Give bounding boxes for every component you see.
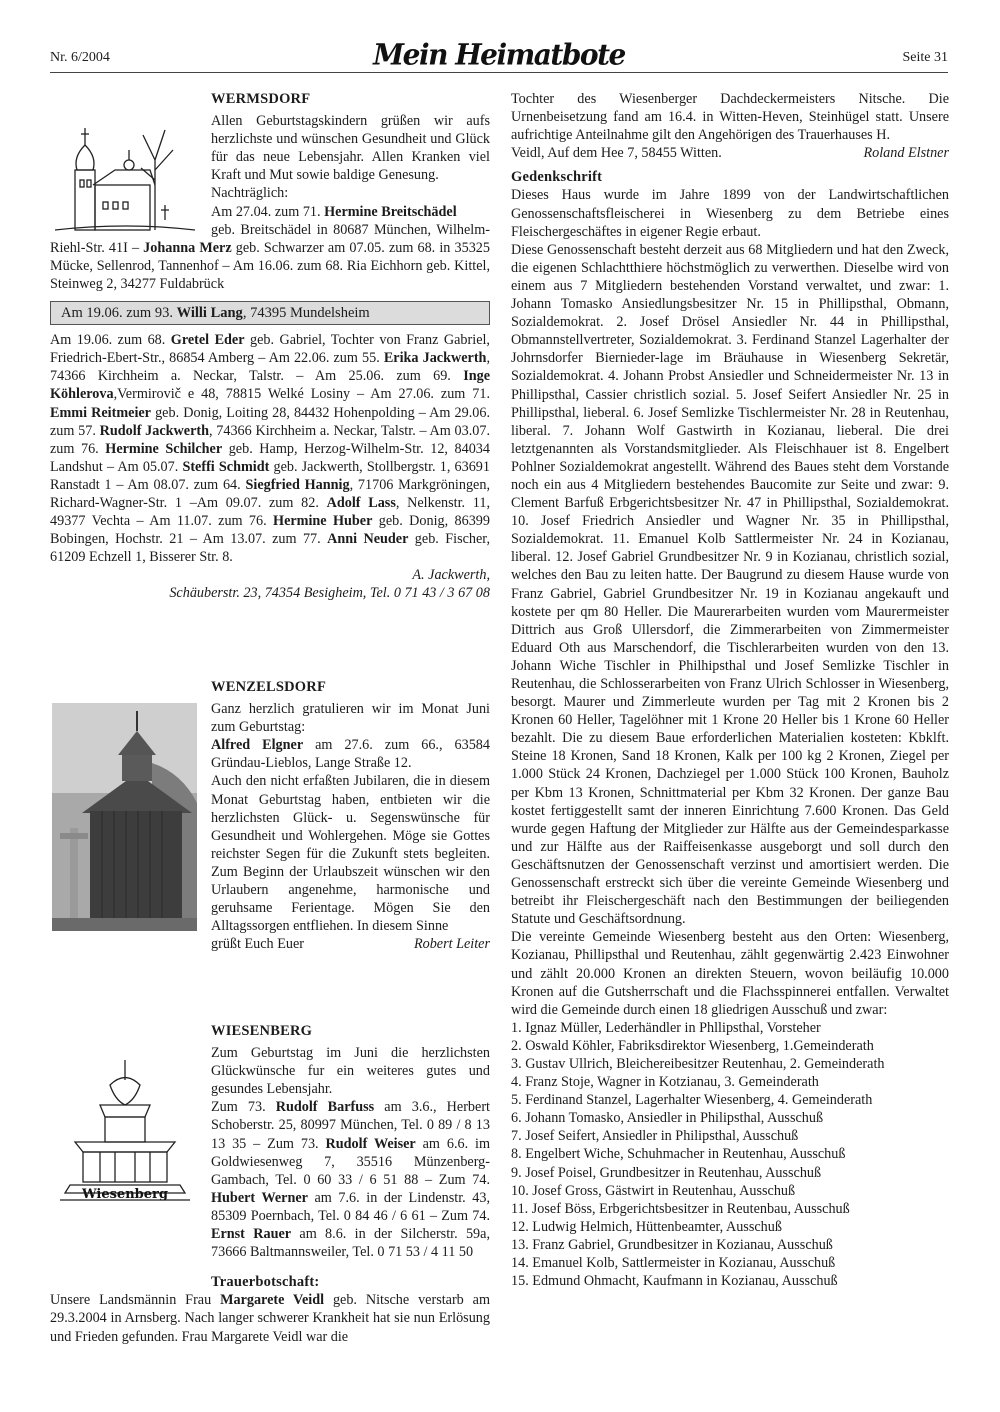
section-title: WERMSDORF — [211, 90, 490, 108]
section-title: WIESENBERG — [211, 1022, 490, 1040]
list-item: 6. Johann Tomasko, Ansiedler in Philipst… — [511, 1109, 949, 1127]
right-column: Tochter des Wiesenberger Dachdeckermeist… — [511, 90, 949, 1290]
intro-text: Ganz herzlich gratulieren wir im Monat J… — [211, 700, 490, 736]
list-item: 5. Ferdinand Stanzel, Lagerhalter Wiesen… — [511, 1091, 949, 1109]
trauer-continued: Tochter des Wiesenberger Dachdeckermeist… — [511, 90, 949, 144]
signature-name: A. Jackwerth, — [50, 566, 490, 584]
birthday-list: Am 19.06. zum 68. Gretel Eder geb. Gabri… — [50, 331, 490, 566]
list-item: 11. Josef Böss, Erbgerichtsbesitzer in R… — [511, 1200, 949, 1218]
list-item: 14. Emanuel Kolb, Sattlermeister in Kozi… — [511, 1254, 949, 1272]
list-item: 8. Engelbert Wiche, Schuhmacher in Reute… — [511, 1145, 949, 1163]
list-item: 2. Oswald Köhler, Fabriksdirektor Wiesen… — [511, 1037, 949, 1055]
page-number: Seite 31 — [903, 50, 949, 66]
signature: Robert Leiter — [414, 935, 490, 953]
section-title: WENZELSDORF — [211, 678, 490, 696]
page-header: Nr. 6/2004 Mein Heimatbote Seite 31 — [50, 44, 948, 73]
list-item: 4. Franz Stoje, Wagner in Kotzianau, 3. … — [511, 1073, 949, 1091]
birthday-list: Zum 73. Rudolf Barfuss am 3.6., Herbert … — [211, 1098, 490, 1261]
nachtraeglich-label: Nachträglich: — [211, 184, 490, 202]
masthead-logo: Mein Heimatbote — [50, 37, 948, 72]
section-wenzelsdorf: WENZELSDORF Ganz herzlich gratulieren wi… — [50, 678, 490, 953]
gedenkschrift-p1: Dieses Haus wurde im Jahre 1899 von der … — [511, 186, 949, 240]
committee-list: 1. Ignaz Müller, Lederhändler in Phllips… — [511, 1019, 949, 1290]
list-item: 13. Franz Gabriel, Grundbesitzer in Kozi… — [511, 1236, 949, 1254]
body-text: Auch den nicht erfaßten Jubilaren, die i… — [211, 772, 490, 935]
list-item: 1. Ignaz Müller, Lederhändler in Phllips… — [511, 1019, 949, 1037]
trauer-title: Trauerbotschaft: — [211, 1273, 490, 1291]
highlight-box: Am 19.06. zum 93. Willi Lang, 74395 Mund… — [50, 301, 490, 325]
list-item: 10. Josef Gross, Gästwirt in Reutenhau, … — [511, 1182, 949, 1200]
list-item: 7. Josef Seifert, Ansiedler in Philipsth… — [511, 1127, 949, 1145]
entry-continued: geb. Breitschädel in 80687 München, Wilh… — [50, 221, 490, 293]
intro-text: Allen Geburtstagskindern grüßen wir aufs… — [211, 112, 490, 184]
gedenkschrift-p2: Diese Genossenschaft besteht derzeit aus… — [511, 241, 949, 929]
intro-text: Zum Geburtstag im Juni die herzlichsten … — [211, 1044, 490, 1098]
signature-address: Schäuberstr. 23, 74354 Besigheim, Tel. 0… — [50, 584, 490, 602]
section-wiesenberg: WIESENBERG Zum Geburtstag im Juni die he… — [50, 1022, 490, 1346]
list-item: 9. Josef Poisel, Grundbesitzer in Reuten… — [511, 1164, 949, 1182]
gedenkschrift-p3: Die vereinte Gemeinde Wiesenberg besteht… — [511, 928, 949, 1018]
entry: Am 27.04. zum 71. Hermine Breitschädel — [211, 203, 490, 221]
signature: Roland Elstner — [863, 144, 949, 162]
list-item: 15. Edmund Ohmacht, Kaufmann in Kozianau… — [511, 1272, 949, 1290]
entry: Alfred Elgner am 27.6. zum 66., 63584 Gr… — [211, 736, 490, 772]
gedenkschrift-title: Gedenkschrift — [511, 168, 949, 186]
list-item: 3. Gustav Ullrich, Bleichereibesitzer Re… — [511, 1055, 949, 1073]
closing-line: grüßt Euch EuerRobert Leiter — [211, 935, 490, 953]
section-wermsdorf: WERMSDORF Allen Geburtstagskindern grüße… — [50, 90, 490, 603]
list-item: 12. Ludwig Helmich, Hüttenbeamter, Aussc… — [511, 1218, 949, 1236]
trauer-closing-line: Veidl, Auf dem Hee 7, 58455 Witten.Rolan… — [511, 144, 949, 162]
trauer-text: Unsere Landsmännin Frau Margarete Veidl … — [50, 1291, 490, 1345]
